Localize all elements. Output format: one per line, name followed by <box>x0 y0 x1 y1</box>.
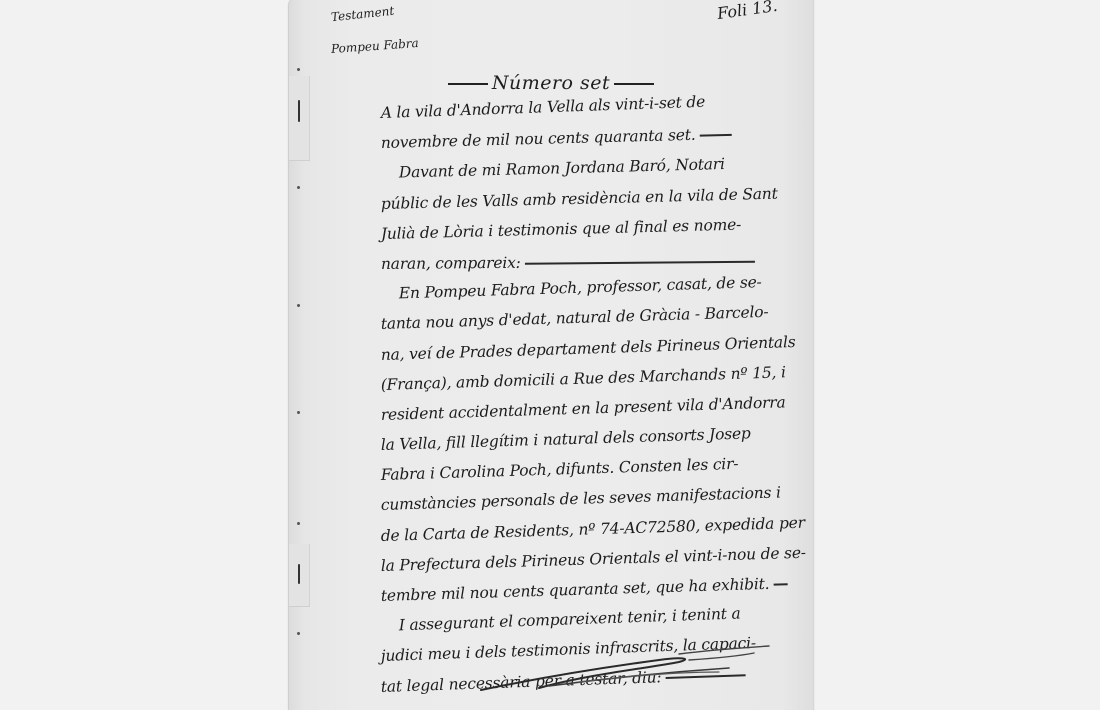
document-viewer: Testament Pompeu Fabra Foli 13. Número s… <box>0 0 1100 710</box>
heading-dash-left <box>448 83 488 85</box>
punch-dot <box>297 632 300 635</box>
folio-number: Foli 13. <box>716 0 779 23</box>
line-filler <box>525 261 755 265</box>
scanned-page: Testament Pompeu Fabra Foli 13. Número s… <box>288 0 814 710</box>
margin-note-name: Pompeu Fabra <box>331 37 420 57</box>
heading-text: Número set <box>492 72 610 94</box>
line-text: A la vila d'Andorra la Vella als vint-i-… <box>380 93 705 122</box>
line-filler <box>773 583 787 585</box>
document-body: A la vila d'Andorra la Vella als vint-i-… <box>381 104 801 708</box>
binding-mark <box>298 564 300 584</box>
punch-dot <box>297 304 300 307</box>
punch-dot <box>297 186 300 189</box>
punch-dot <box>297 522 300 525</box>
punch-dot <box>297 68 300 71</box>
heading-dash-right <box>614 83 654 85</box>
line-text: naran, compareix: <box>381 254 521 273</box>
line-filler <box>700 134 732 136</box>
punch-dot <box>297 411 300 414</box>
binding-tab-bottom <box>289 544 310 607</box>
signature-flourish-icon <box>479 638 779 698</box>
binding-mark <box>298 100 300 122</box>
margin-note-title: Testament <box>330 5 394 25</box>
